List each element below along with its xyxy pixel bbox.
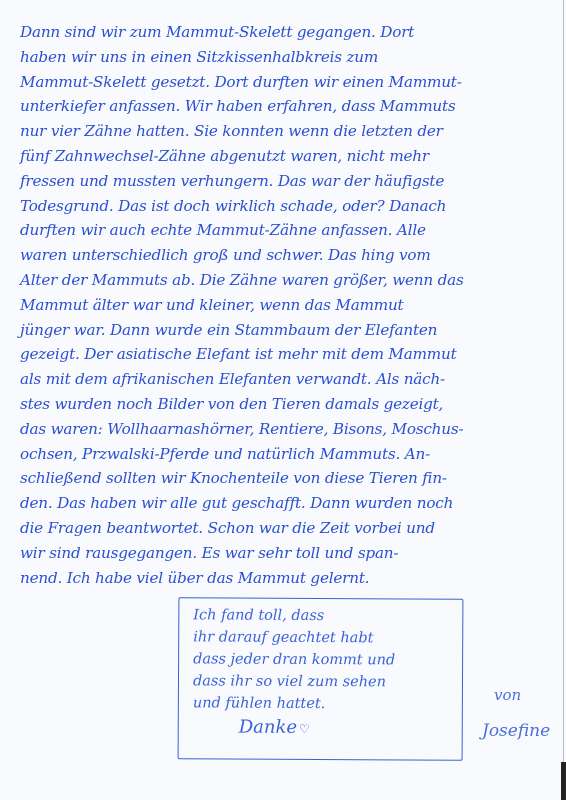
letter-line: wir sind rausgegangen. Es war sehr toll … — [20, 541, 565, 566]
letter-line: als mit dem afrikanischen Elefanten verw… — [20, 367, 565, 392]
note-line: dass ihr so viel zum sehen — [193, 670, 395, 693]
letter-line: Dann sind wir zum Mammut-Skelett gegange… — [20, 20, 565, 45]
letter-body: Dann sind wir zum Mammut-Skelett gegange… — [20, 20, 565, 590]
letter-line: schließend sollten wir Knochenteile von … — [20, 466, 565, 491]
letter-line: nend. Ich habe viel über das Mammut gele… — [20, 566, 565, 591]
note-line: dass jeder dran kommt und — [193, 648, 395, 671]
letter-line: waren unterschiedlich groß und schwer. D… — [20, 243, 565, 268]
scan-edge-shadow — [561, 762, 566, 800]
scanned-letter-page: Dann sind wir zum Mammut-Skelett gegange… — [0, 0, 562, 800]
thank-you-note-box: Ich fand toll, dass ihr darauf geachtet … — [178, 597, 464, 760]
note-line: Ich fand toll, dass — [193, 604, 395, 627]
letter-line: fünf Zahnwechsel-Zähne abgenutzt waren, … — [20, 144, 565, 169]
letter-line: Mammut-Skelett gesetzt. Dort durften wir… — [20, 70, 565, 95]
signature-from-label: von — [494, 684, 562, 706]
letter-line: den. Das haben wir alle gut geschafft. D… — [20, 491, 565, 516]
letter-line: die Fragen beantwortet. Schon war die Ze… — [20, 516, 565, 541]
letter-line: stes wurden noch Bilder von den Tieren d… — [20, 392, 565, 417]
letter-line: ochsen, Przwalski-Pferde und natürlich M… — [20, 442, 565, 467]
note-lines: Ich fand toll, dass ihr darauf geachtet … — [193, 604, 396, 715]
letter-line: nur vier Zähne hatten. Sie konnten wenn … — [20, 119, 565, 144]
scan-edge-line — [563, 0, 564, 800]
letter-line: gezeigt. Der asiatische Elefant ist mehr… — [20, 342, 565, 367]
heart-icon: ♡ — [299, 722, 310, 736]
thanks-closing: Danke♡ — [239, 717, 310, 738]
letter-line: Todesgrund. Das ist doch wirklich schade… — [20, 194, 565, 219]
thanks-text: Danke — [239, 717, 297, 738]
letter-line: das waren: Wollhaarnashörner, Rentiere, … — [20, 417, 565, 442]
signature-name: Josefine — [482, 720, 562, 742]
letter-line: Alter der Mammuts ab. Die Zähne waren gr… — [20, 268, 565, 293]
letter-line: haben wir uns in einen Sitzkissenhalbkre… — [20, 45, 565, 70]
letter-line: durften wir auch echte Mammut-Zähne anfa… — [20, 218, 565, 243]
note-line: ihr darauf geachtet habt — [193, 626, 395, 649]
letter-line: unterkiefer anfassen. Wir haben erfahren… — [20, 94, 565, 119]
letter-line: jünger war. Dann wurde ein Stammbaum der… — [20, 318, 565, 343]
letter-line: fressen und mussten verhungern. Das war … — [20, 169, 565, 194]
letter-line: Mammut älter war und kleiner, wenn das M… — [20, 293, 565, 318]
note-line: und fühlen hattet. — [193, 692, 395, 715]
signature: von Josefine — [482, 684, 562, 742]
